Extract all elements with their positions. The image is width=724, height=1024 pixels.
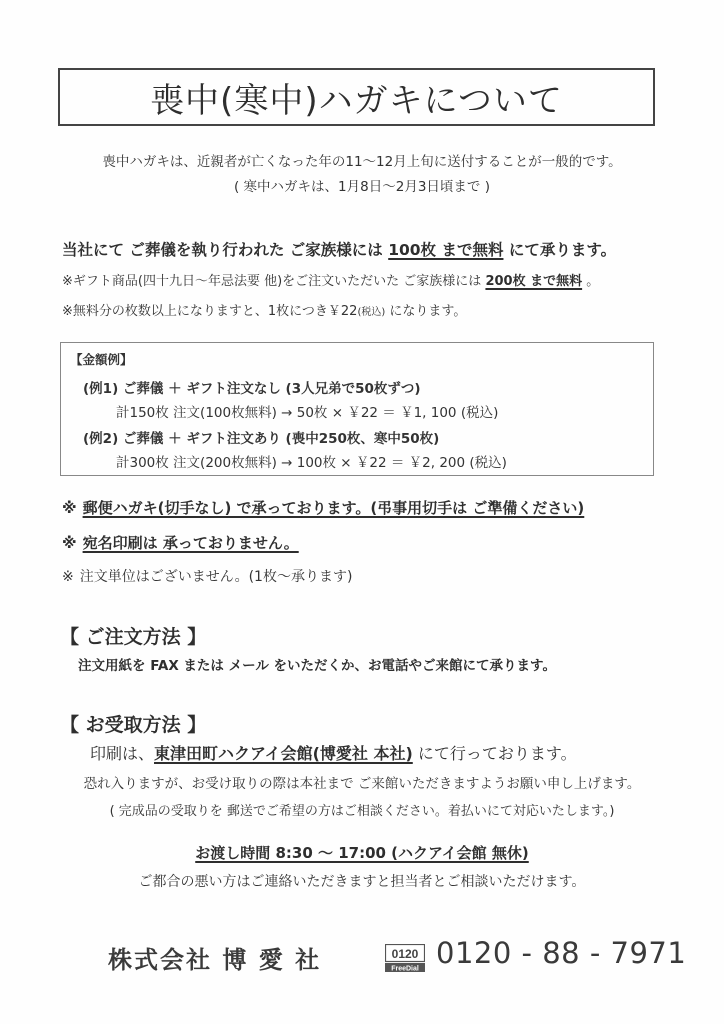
order-method-heading: 【 ご注文方法 】 [60,622,206,649]
reference-mark-icon: ※ [62,499,77,517]
page-title: 喪中(寒中)ハガキについて [150,73,563,122]
pickup-hours-note: ご都合の悪い方はご連絡いただきますと担当者とご相談いただけます。 [0,871,724,891]
pickup-location-line: 印刷は、東津田町ハクアイ会館(博愛社 本社) にて行っております。 [90,741,577,764]
gift-offer-emphasis: 200枚 まで無料 [485,274,582,289]
phone-number[interactable]: 0120 - 88 - 7971 [436,936,686,970]
extra-charge-prefix: ※無料分の枚数以上になりますと、1枚につき￥22 [62,304,357,319]
intro-line-1: 喪中ハガキは、近親者が亡くなった年の11～12月上旬に送付することが一般的です。 [0,150,724,170]
pickup-hours-text: お渡し時間 8:30 ～ 17:00 (ハクアイ会館 無休) [195,844,529,862]
example-2-label: (例2) ご葬儀 ＋ ギフト注文あり (喪中250枚、寒中50枚) [83,427,439,447]
reference-mark-icon: ※ [62,534,77,552]
free-offer-suffix: にて承ります。 [503,241,616,259]
extra-charge-note: ※無料分の枚数以上になりますと、1枚につき￥22(税込) になります。 [62,300,466,319]
notice-order-unit: ※注文単位はございません。(1枚～承ります) [62,566,352,586]
intro-line-2: ( 寒中ハガキは、1月8日～2月3日頃まで ) [0,175,724,195]
free-offer-main: 当社にて ご葬儀を執り行われた ご家族様には 100枚 まで無料 にて承ります。 [62,238,616,260]
notice-postcard: ※郵便ハガキ(切手なし) で承っております。(弔事用切手は ご準備ください) [62,497,584,518]
price-example-box: 【金額例】 (例1) ご葬儀 ＋ ギフト注文なし (3人兄弟で50枚ずつ) 計1… [60,342,654,476]
gift-offer-note: ※ギフト商品(四十九日～年忌法要 他)をご注文いただいた ご家族様には 200枚… [62,270,599,289]
notice-postcard-text: 郵便ハガキ(切手なし) で承っております。(弔事用切手は ご準備ください) [83,499,585,517]
extra-charge-suffix: になります。 [385,304,466,319]
extra-charge-tax: (税込) [357,307,385,318]
company-name: 株式会社 博 愛 社 [108,940,321,975]
free-offer-emphasis: 100枚 まで無料 [388,241,503,259]
pickup-location-prefix: 印刷は、 [90,744,154,763]
pickup-location-emphasis: 東津田町ハクアイ会館(博愛社 本社) [154,744,413,763]
freedial-icon-number: 0120 [392,947,419,961]
order-method-text: 注文用紙を FAX または メール をいただくか、お電話やご来館にて承ります。 [78,654,556,674]
notice-address-printing-text: 宛名印刷は 承っておりません。 [83,534,299,552]
page-title-box: 喪中(寒中)ハガキについて [58,68,655,126]
example-1-calc: 計150枚 注文(100枚無料) → 50枚 × ￥22 ＝ ￥1, 100 (… [116,401,498,421]
freedial-icon-label: FreeDial [391,966,419,973]
example-2-calc: 計300枚 注文(200枚無料) → 100枚 × ￥22 ＝ ￥2, 200 … [116,451,507,471]
pickup-mail-line: ( 完成品の受取りを 郵送でご希望の方はご相談ください。着払いにて対応いたします… [0,800,724,819]
pickup-location-suffix: にて行っております。 [413,744,577,763]
reference-mark-icon: ※ [62,569,74,585]
notice-order-unit-text: 注文単位はございません。(1枚～承ります) [80,569,353,585]
freedial-icon: 0120 FreeDial [385,944,425,972]
example-1-label: (例1) ご葬儀 ＋ ギフト注文なし (3人兄弟で50枚ずつ) [83,377,421,397]
price-example-heading: 【金額例】 [70,350,133,368]
free-offer-prefix: 当社にて ご葬儀を執り行われた ご家族様には [62,241,388,259]
pickup-method-heading: 【 お受取方法 】 [60,710,206,737]
gift-offer-prefix: ※ギフト商品(四十九日～年忌法要 他)をご注文いただいた ご家族様には [62,274,485,289]
notice-address-printing: ※宛名印刷は 承っておりません。 [62,532,299,553]
pickup-hours: お渡し時間 8:30 ～ 17:00 (ハクアイ会館 無休) [0,842,724,863]
pickup-request-line: 恐れ入りますが、お受け取りの際は本社まで ご来館いただきますようお願い申し上げま… [0,772,724,792]
gift-offer-suffix: 。 [582,274,599,289]
